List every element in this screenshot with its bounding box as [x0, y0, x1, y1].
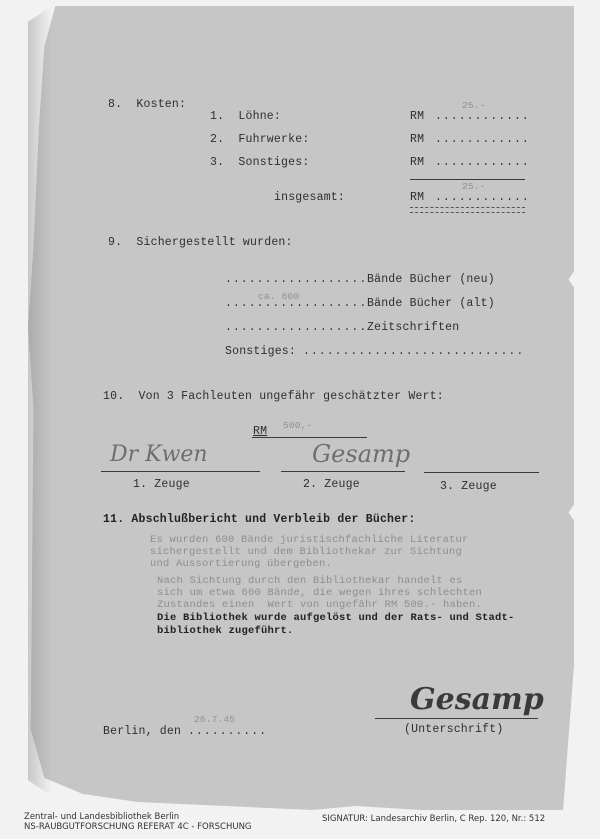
witness-2-line: [281, 471, 405, 472]
cost-currency-fuhrwerke: RM: [410, 133, 424, 146]
cost-dots-sonstiges: ............: [435, 156, 530, 169]
closing-place: Berlin, den: [103, 725, 181, 738]
section-9-heading: 9. Sichergestellt wurden:: [108, 236, 293, 249]
closing-dots: ..........: [188, 725, 267, 738]
cost-currency-loehne: RM: [410, 110, 424, 123]
witness-1-label: 1. Zeuge: [133, 478, 190, 491]
witness-3-label: 3. Zeuge: [440, 480, 497, 493]
cost-total-dots: ............: [435, 191, 530, 204]
cost-total-currency: RM: [410, 191, 424, 204]
section-11-heading: 11. Abschlußbericht und Verbleib der Büc…: [103, 513, 415, 526]
witness-2-signature: Gesamp: [312, 440, 410, 468]
section-8-heading: 8. Kosten:: [108, 98, 186, 111]
secured-other-label: Sonstiges:: [225, 345, 296, 358]
footer-institution: Zentral- und Landesbibliothek Berlin NS-…: [24, 812, 252, 832]
witness-3-line: [424, 472, 539, 473]
secured-label-journals: Zeitschriften: [367, 321, 459, 334]
estimate-rule: [252, 437, 367, 438]
report-bold-line-1: Die Bibliothek wurde aufgelöst und der R…: [157, 612, 515, 624]
secured-label-old: Bände Bücher (alt): [367, 297, 495, 310]
total-double-rule: [410, 207, 525, 213]
secured-label-new: Bände Bücher (neu): [367, 273, 495, 286]
report-line-5: sich um etwa 600 Bände, die wegen ihres …: [157, 587, 482, 599]
cost-label-fuhrwerke: 2. Fuhrwerke:: [210, 133, 309, 146]
secured-dots-old: ..................: [225, 297, 367, 310]
signature-label: (Unterschrift): [404, 723, 503, 736]
signature-line: [375, 718, 538, 719]
report-line-3: und Aussortierung übergeben.: [150, 558, 332, 570]
cost-label-loehne: 1. Löhne:: [210, 110, 281, 123]
footer-line-2: NS-RAUBGUTFORSCHUNG REFERAT 4C - FORSCHU…: [24, 822, 252, 832]
secured-other-dots: ............................: [303, 345, 524, 358]
report-bold-line-2: bibliothek zugeführt.: [157, 625, 294, 637]
cost-currency-sonstiges: RM: [410, 156, 424, 169]
cost-total-label: insgesamt:: [274, 191, 345, 204]
report-line-4: Nach Sichtung durch den Bibliothekar han…: [157, 575, 463, 587]
cost-dots-fuhrwerke: ............: [435, 133, 530, 146]
witness-1-signature: Dr Kwen: [110, 442, 208, 467]
witness-2-label: 2. Zeuge: [303, 478, 360, 491]
closing-signature: Gesamp: [410, 682, 544, 717]
report-line-2: sichergestellt und dem Bibliothekar zur …: [150, 546, 462, 558]
footer-line-1: Zentral- und Landesbibliothek Berlin: [24, 812, 179, 822]
witness-1-line: [101, 471, 260, 472]
estimate-value: 500,-: [283, 420, 313, 431]
report-line-1: Es wurden 600 Bände juristischfachliche …: [150, 534, 469, 546]
section-10-heading: 10. Von 3 Fachleuten ungefähr geschätzte…: [103, 390, 444, 403]
closing-date: 26.7.45: [194, 714, 235, 725]
footer-signatur: SIGNATUR: Landesarchiv Berlin, C Rep. 12…: [322, 814, 545, 824]
secured-dots-journals: ..................: [225, 321, 367, 334]
secured-dots-new: ..................: [225, 273, 367, 286]
report-line-6: Zustandes einen Wert von ungefähr RM 500…: [157, 599, 482, 611]
page-edge-shadow: [28, 6, 52, 796]
cost-label-sonstiges: 3. Sonstiges:: [210, 156, 309, 169]
cost-dots-loehne: ............: [435, 110, 530, 123]
